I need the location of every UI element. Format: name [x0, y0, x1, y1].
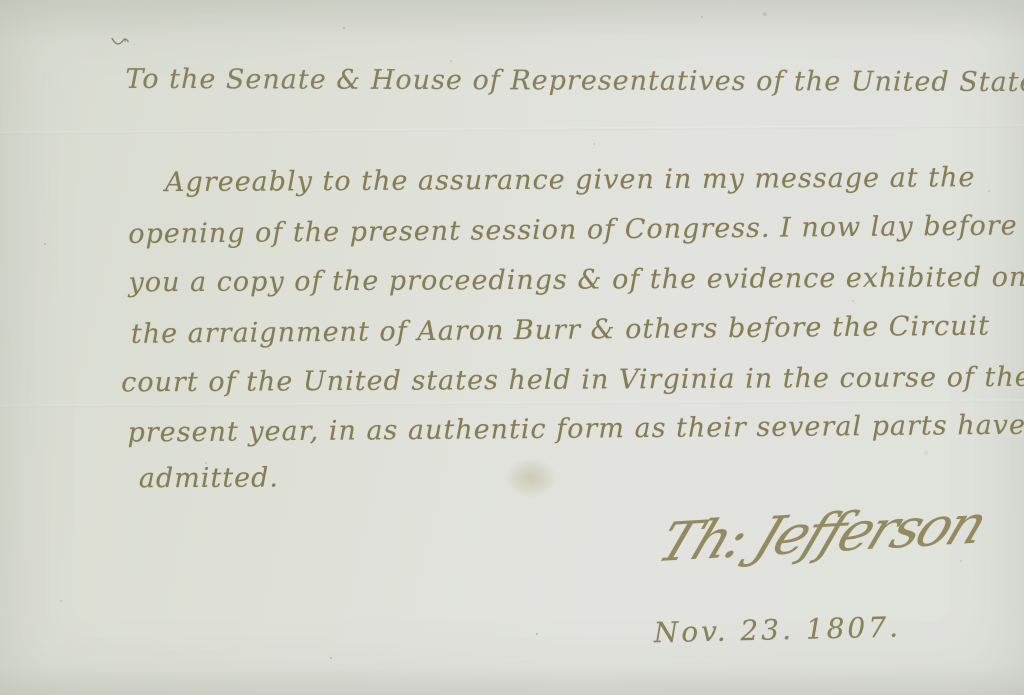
signature: Th: Jefferson [649, 493, 994, 574]
salutation-line: To the Senate & House of Representatives… [125, 64, 1024, 98]
body-line: opening of the present session of Congre… [128, 210, 1018, 250]
body-line: you a copy of the proceedings & of the e… [129, 262, 1024, 298]
body-line: the arraignment of Aaron Burr & others b… [131, 311, 990, 350]
body-line: present year, in as authentic form as th… [127, 410, 1024, 449]
body-line: court of the United states held in Virgi… [121, 362, 1024, 399]
date-line: Nov. 23. 1807. [653, 610, 901, 649]
body-line: Agreeably to the assurance given in my m… [165, 162, 976, 198]
body-line: admitted. [139, 462, 279, 494]
pen-stroke-icon [110, 35, 132, 51]
letter-photo: To the Senate & House of Representatives… [0, 0, 1024, 695]
paper-speckles [0, 0, 2, 2]
letter-document: To the Senate & House of Representatives… [0, 0, 1024, 695]
